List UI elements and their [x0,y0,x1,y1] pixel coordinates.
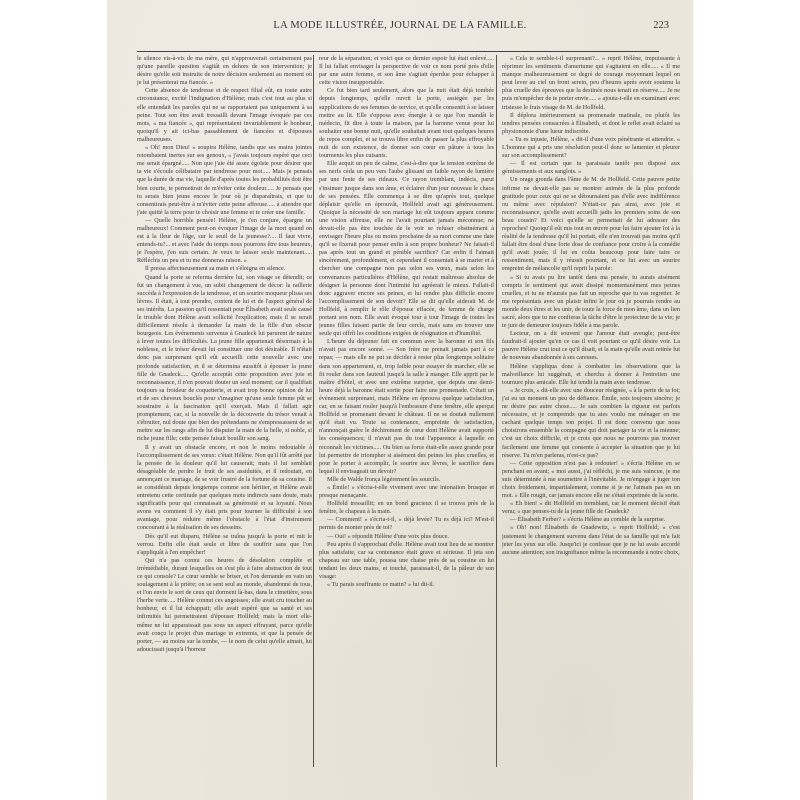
paragraph: Il y avait un obstacle encore, et non le… [137,444,312,533]
paragraph: — Il est certain que tu paraissais tantô… [502,160,680,176]
text-column-3: « Cela te semble-t-il surprenant?... » r… [502,55,680,767]
paragraph: « Si tu avais pu lire tantôt dans ma pen… [502,274,680,331]
paragraph: L'heure du déjeuner fait en commun avec … [319,338,494,476]
paragraph: « Tu parais souffrante ce matin? » lui d… [319,581,494,589]
paragraph: — Quelle horrible pensée! Hélène, je t'e… [137,217,312,266]
paragraph: « Je crois, » dit-elle avec une douceur … [502,387,680,460]
header-rule [137,51,659,52]
paragraph: Quand la porte se referma derrière lui, … [137,274,312,444]
paragraph: « Tu es injuste, Hélène, » dit-il d'une … [502,136,680,160]
paragraph: Lecteur, on a dit souvent que l'amour ét… [502,330,680,362]
paragraph: Un orage gronda dans l'âme de M. de Holl… [502,176,680,273]
paragraph: Hollfeld tressaillit; en un bond gracieu… [319,500,494,516]
paragraph: le silence vis-à-vis de ma mère, qui n'a… [137,55,312,87]
column-rule-2 [496,55,497,767]
paragraph: Peu après il s'approchait d'elle. Hélène… [319,541,494,581]
publication-title: LA MODE ILLUSTRÉE, JOURNAL DE LA FAMILLE… [107,20,693,31]
paragraph: Cette absence de tendresse et de respect… [137,87,312,144]
text-column-2: reur de la séparation; et voici que ce d… [319,55,494,767]
column-rule-1 [313,55,314,767]
paragraph: « Oh! mon Dieu! » soupira Hélène, tandis… [137,144,312,217]
paragraph: Hélène s'appliqua donc à combattre les o… [502,363,680,387]
paragraph: — Cette opposition n'est pas à redouter!… [502,460,680,500]
paragraph: reur de la séparation; et voici que ce d… [319,55,494,87]
paragraph: Dès qu'il eut disparu, Hélène se traîna … [137,533,312,557]
paragraph: — Comment! » s'écria-t-il, « déjà levée?… [319,516,494,532]
paragraph: Mlle de Walde fronça légèrement les sour… [319,476,494,484]
paragraph: « Oh! non! Élisabeth de Gnadewitz, » rep… [502,524,680,556]
paragraph: Qui n'a pas connu ces heures de désolati… [137,557,312,654]
running-header: LA MODE ILLUSTRÉE, JOURNAL DE LA FAMILLE… [107,20,693,38]
paragraph: « Émile! » s'écria-t-elle vivement avec … [319,484,494,500]
page-number: 223 [653,20,669,31]
paragraph: Il déplora intérieurement sa promenade m… [502,112,680,136]
paragraph: Il pressa affectueusement sa main et s'é… [137,265,312,273]
paragraph: Ce fut bien tard seulement, alors que la… [319,87,494,160]
paragraph: « Cela te semble-t-il surprenant?... » r… [502,55,680,112]
text-column-1: le silence vis-à-vis de ma mère, qui n'a… [137,55,312,767]
paragraph: — Oui! » répondit Hélène d'une voix plus… [319,533,494,541]
paragraph: « Eh bien! » dit Hollfeld en tremblant, … [502,500,680,516]
paragraph: Elle acquit un peu de calme, c'est-à-dir… [319,160,494,338]
newspaper-page: LA MODE ILLUSTRÉE, JOURNAL DE LA FAMILLE… [107,0,693,800]
